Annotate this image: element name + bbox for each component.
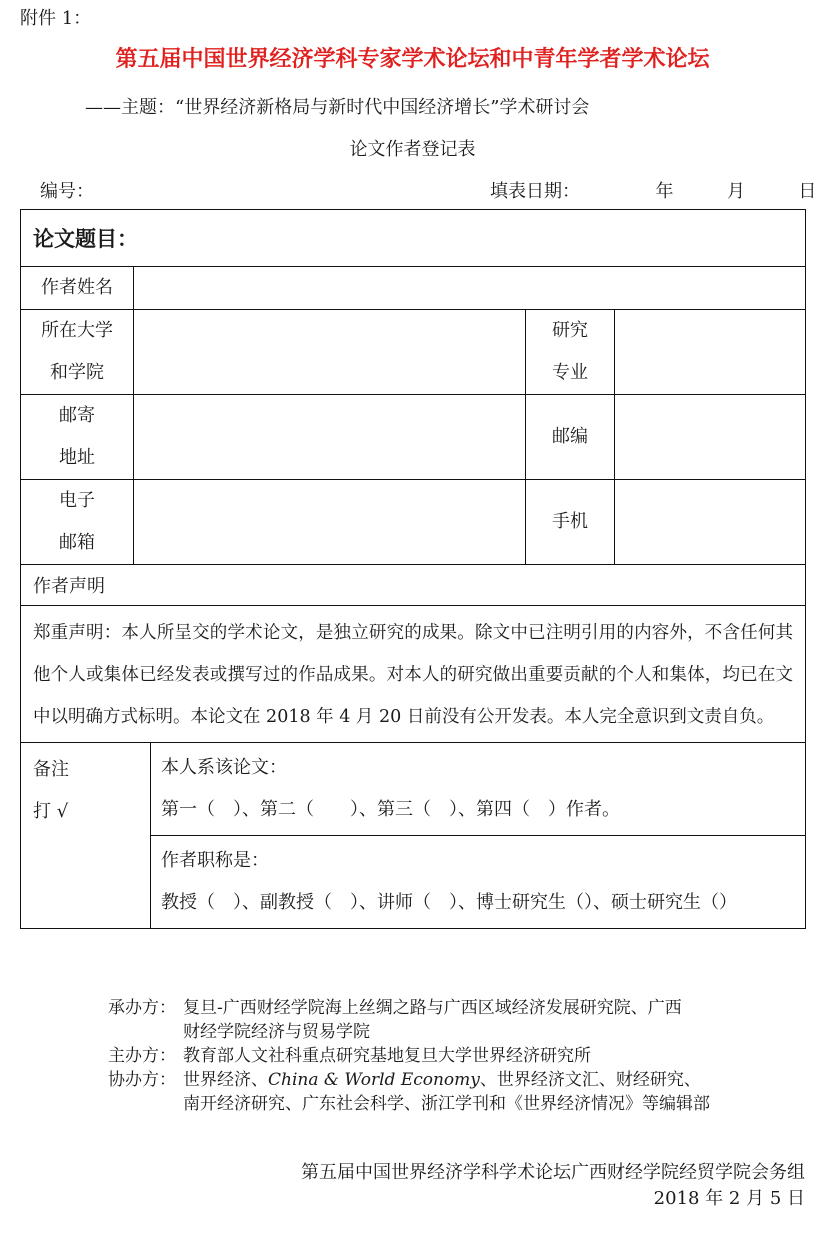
email-field[interactable] bbox=[134, 480, 526, 565]
author-order-options[interactable]: 第一（ ）、第二（ ）、第三（ ）、第四（ ）作者。 bbox=[161, 789, 805, 831]
declaration-heading: 作者声明 bbox=[21, 565, 806, 606]
fill-date-day: 日 bbox=[798, 177, 816, 203]
sponsor-row: 主办方： 教育部人文社科重点研究基地复旦大学世界经济研究所 bbox=[108, 1044, 743, 1068]
email-label: 电子 邮箱 bbox=[21, 480, 134, 565]
university-label: 所在大学 和学院 bbox=[21, 310, 134, 395]
note-label: 备注 打 √ bbox=[21, 743, 151, 929]
university-label-line1: 所在大学 bbox=[21, 310, 133, 352]
paper-title-label: 论文题目： bbox=[33, 227, 138, 251]
postcode-label: 邮编 bbox=[526, 395, 615, 480]
address-label-line2: 地址 bbox=[21, 437, 133, 479]
author-name-label: 作者姓名 bbox=[21, 267, 134, 310]
university-field[interactable] bbox=[134, 310, 526, 395]
main-title: 第五届中国世界经济学科专家学术论坛和中青年学者学术论坛 bbox=[0, 42, 825, 73]
co-organizer-line2: 南开经济研究、广东社会科学、浙江学刊和《世界经济情况》等编辑部 bbox=[183, 1092, 743, 1116]
sponsor-text: 教育部人文社科重点研究基地复旦大学世界经济研究所 bbox=[183, 1044, 743, 1068]
author-title-cell[interactable]: 作者职称是： 教授（ ）、副教授（ ）、讲师（ ）、博士研究生（）、硕士研究生（… bbox=[151, 836, 806, 929]
organizers-block: 承办方： 复旦-广西财经学院海上丝绸之路与广西区域经济发展研究院、广西 财经学院… bbox=[108, 996, 743, 1116]
mobile-label: 手机 bbox=[526, 480, 615, 565]
author-title-label: 作者职称是： bbox=[161, 840, 805, 882]
author-order-label: 本人系该论文： bbox=[161, 747, 805, 789]
fill-date-month: 月 bbox=[727, 177, 745, 203]
mobile-field[interactable] bbox=[615, 480, 806, 565]
co-organizer-text-a: 世界经济、 bbox=[183, 1070, 268, 1090]
author-title-options[interactable]: 教授（ ）、副教授（ ）、讲师（ ）、博士研究生（）、硕士研究生（） bbox=[161, 882, 805, 924]
author-name-field[interactable] bbox=[134, 267, 806, 310]
address-label-line1: 邮寄 bbox=[21, 395, 133, 437]
subtitle: ——主题：“世界经济新格局与新时代中国经济增长”学术研讨会 bbox=[85, 93, 589, 119]
co-organizer-row: 协办方： 世界经济、China & World Economy、世界经济文汇、财… bbox=[108, 1068, 743, 1116]
co-organizer-text-b: 、世界经济文汇、财经研究、 bbox=[480, 1070, 701, 1090]
university-label-line2: 和学院 bbox=[21, 352, 133, 394]
email-label-line1: 电子 bbox=[21, 480, 133, 522]
note-label-line1: 备注 bbox=[33, 749, 150, 791]
host-line2: 财经学院经济与贸易学院 bbox=[183, 1020, 743, 1044]
address-label: 邮寄 地址 bbox=[21, 395, 134, 480]
co-organizer-journal-name: China & World Economy bbox=[268, 1070, 480, 1090]
fill-date-label: 填表日期： bbox=[490, 177, 580, 203]
paper-title-cell[interactable]: 论文题目： bbox=[21, 210, 806, 267]
signature-block: 第五届中国世界经济学科学术论坛广西财经学院经贸学院会务组 2018 年 2 月 … bbox=[301, 1160, 805, 1212]
postcode-field[interactable] bbox=[615, 395, 806, 480]
fill-date: 填表日期： 年 月 日 bbox=[490, 177, 816, 203]
fill-date-year: 年 bbox=[655, 177, 673, 203]
registration-form-table: 论文题目： 作者姓名 所在大学 和学院 研究 专业 邮寄 地址 邮编 电子 邮箱 bbox=[20, 209, 806, 929]
attachment-label: 附件 1： bbox=[20, 4, 91, 30]
signature-org: 第五届中国世界经济学科学术论坛广西财经学院经贸学院会务组 bbox=[301, 1160, 805, 1186]
major-label-line2: 专业 bbox=[526, 352, 614, 394]
note-label-line2: 打 √ bbox=[33, 791, 150, 833]
sponsor-label: 主办方： bbox=[108, 1044, 183, 1068]
host-label: 承办方： bbox=[108, 996, 183, 1044]
email-label-line2: 邮箱 bbox=[21, 522, 133, 564]
declaration-text: 郑重声明：本人所呈交的学术论文，是独立研究的成果。除文中已注明引用的内容外，不含… bbox=[21, 606, 806, 743]
host-line1: 复旦-广西财经学院海上丝绸之路与广西区域经济发展研究院、广西 bbox=[183, 996, 743, 1020]
author-order-cell[interactable]: 本人系该论文： 第一（ ）、第二（ ）、第三（ ）、第四（ ）作者。 bbox=[151, 743, 806, 836]
address-field[interactable] bbox=[134, 395, 526, 480]
host-row: 承办方： 复旦-广西财经学院海上丝绸之路与广西区域经济发展研究院、广西 财经学院… bbox=[108, 996, 743, 1044]
co-organizer-line1: 世界经济、China & World Economy、世界经济文汇、财经研究、 bbox=[183, 1068, 743, 1092]
major-label: 研究 专业 bbox=[526, 310, 615, 395]
signature-date: 2018 年 2 月 5 日 bbox=[301, 1186, 805, 1212]
serial-number-label: 编号： bbox=[40, 177, 94, 203]
major-field[interactable] bbox=[615, 310, 806, 395]
co-organizer-label: 协办方： bbox=[108, 1068, 183, 1116]
major-label-line1: 研究 bbox=[526, 310, 614, 352]
form-title: 论文作者登记表 bbox=[0, 135, 825, 161]
